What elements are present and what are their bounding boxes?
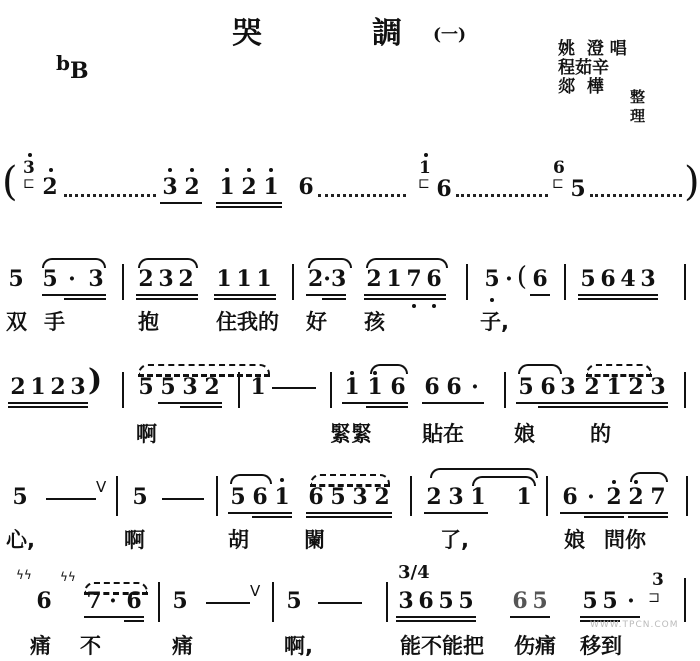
underline	[216, 202, 282, 204]
tremolo-mark: ϟϟ	[16, 568, 32, 582]
note: 1	[256, 268, 272, 290]
note: 3	[162, 176, 178, 198]
lyric: 孩	[364, 306, 385, 336]
underline	[214, 294, 276, 296]
note: 5	[532, 590, 548, 612]
sustain-dash	[318, 602, 362, 604]
note: 1	[344, 376, 360, 398]
note: 1	[263, 176, 279, 198]
lyric: 伤痛	[514, 630, 556, 660]
underline	[160, 202, 202, 204]
lyric: 能不能把	[400, 630, 484, 660]
underline	[136, 298, 198, 300]
note: 5	[12, 486, 28, 508]
note: 3	[352, 486, 368, 508]
note: 6	[540, 376, 556, 398]
note: 6	[418, 590, 434, 612]
note: 7	[406, 268, 422, 290]
high-dot	[190, 168, 194, 172]
note: 5	[138, 376, 154, 398]
underline	[366, 406, 408, 408]
underline	[510, 616, 550, 618]
bar-line	[122, 372, 124, 408]
bar-line	[158, 582, 160, 622]
sustain-dash	[46, 498, 96, 500]
underline	[8, 402, 88, 404]
hold-dots	[590, 194, 682, 197]
note: 6	[532, 268, 548, 290]
underline	[322, 298, 346, 300]
note-dot: ·	[502, 268, 516, 290]
note: 3	[560, 376, 576, 398]
grace-hook: ⊏	[23, 176, 35, 192]
note: 3	[70, 376, 86, 398]
lyric: 貼在	[422, 418, 464, 448]
underline	[422, 402, 484, 404]
note: 5	[42, 268, 58, 290]
underline	[64, 298, 106, 300]
note: 2	[10, 376, 26, 398]
note: 5	[582, 590, 598, 612]
note: 3	[448, 486, 464, 508]
grace-note: 1	[419, 158, 431, 178]
note: 6	[446, 376, 462, 398]
underline	[306, 512, 392, 514]
note: 6	[436, 178, 452, 200]
credits: 姚 澄 唱 程茹辛 郯 樺 整理	[558, 40, 627, 97]
lyric: 住我的	[216, 306, 279, 336]
note: ·	[64, 268, 80, 290]
low-dot	[432, 304, 436, 308]
lyric: 闌	[304, 524, 325, 554]
high-dot	[280, 478, 284, 482]
staff-line-5: ϟϟ ϟϟ 6 7 · 6 5 V 5 3/4 3 6 5 5 6 5 5 5 …	[0, 568, 700, 661]
bar-line	[122, 264, 124, 300]
underline	[538, 406, 668, 408]
bar-line	[292, 264, 294, 300]
underline	[124, 620, 144, 622]
underline	[628, 516, 668, 518]
note: 5	[172, 590, 188, 612]
staff-line-2: 5 5 · 3 2 3 2 1 1 1 2·3 2 1 7 6 5 · ( 6 …	[0, 258, 700, 328]
underline	[42, 294, 106, 296]
note: 5	[286, 590, 302, 612]
lyric: 啊,	[284, 630, 313, 660]
note: 1	[216, 268, 232, 290]
note: 2	[184, 176, 200, 198]
bar-line	[686, 476, 688, 516]
grace-note: 3	[652, 570, 664, 590]
note: 7	[650, 486, 666, 508]
underline	[396, 616, 476, 618]
title-char-2: 調	[372, 8, 402, 52]
lyric: 抱	[138, 306, 159, 336]
note: 2	[204, 376, 220, 398]
note: 2	[628, 376, 644, 398]
underline	[530, 294, 550, 296]
note: 6	[512, 590, 528, 612]
high-dot	[225, 168, 229, 172]
note: 2	[138, 268, 154, 290]
bar-line	[684, 372, 686, 408]
bar-line	[410, 476, 412, 516]
note: 5	[580, 268, 596, 290]
note: 2	[366, 268, 382, 290]
note: 1	[386, 268, 402, 290]
arranger-role: 整理	[630, 88, 645, 126]
high-dot	[49, 168, 53, 172]
note: 2	[584, 376, 600, 398]
note: 6	[424, 376, 440, 398]
note: 7	[86, 590, 102, 612]
staff-line-1: ( 3 ⊏ 2 3 2 1 2 1 6 1 ⊏ 6 6 ⊏ 5 )	[0, 150, 700, 220]
sustain-dash	[272, 387, 316, 389]
note: 5	[160, 376, 176, 398]
note: 2	[50, 376, 66, 398]
lyric: 痛	[172, 630, 193, 660]
lyric: 娘	[564, 524, 585, 554]
lyric: 不	[80, 630, 101, 660]
note: 3	[640, 268, 656, 290]
note: 2	[628, 486, 644, 508]
note: 2	[178, 268, 194, 290]
underline	[180, 406, 222, 408]
key-letter: B	[70, 58, 89, 84]
underline	[424, 512, 488, 514]
bar-line	[238, 372, 240, 408]
note: 6	[390, 376, 406, 398]
lyric: 的	[590, 418, 611, 448]
note: 5	[8, 268, 24, 290]
note: 6	[600, 268, 616, 290]
lyric: 胡	[228, 524, 249, 554]
note: 1	[30, 376, 46, 398]
lyric: 緊緊	[330, 418, 372, 448]
bar-line	[466, 264, 468, 300]
note: 2·3	[308, 268, 344, 290]
bar-line	[564, 264, 566, 300]
hold-dots	[318, 194, 406, 197]
underline	[342, 402, 408, 404]
note-dot: ·	[624, 590, 638, 612]
underline	[306, 294, 346, 296]
underline	[516, 402, 668, 404]
bar-line	[386, 582, 388, 622]
note: 1	[250, 376, 266, 398]
underline	[158, 402, 222, 404]
watermark: WWW.TPCN.COM	[590, 620, 678, 630]
underline	[578, 298, 658, 300]
underline	[578, 294, 658, 296]
note: 2	[606, 486, 622, 508]
lyric: 手	[44, 306, 65, 336]
staff-line-3: 2 1 2 3 ) 5 5 3 2 1 1 1 6 6 6 · 5 6 3 2 …	[0, 366, 700, 436]
note: 1	[236, 268, 252, 290]
note: 2	[241, 176, 257, 198]
bar-line	[216, 476, 218, 516]
title-suffix: (一)	[433, 20, 466, 45]
note: 3	[650, 376, 666, 398]
sustain-dash	[162, 498, 204, 500]
underline	[136, 294, 198, 296]
note: 6	[252, 486, 268, 508]
breath-mark: V	[250, 582, 260, 600]
close-paren: )	[684, 162, 700, 202]
underline	[560, 512, 668, 514]
underline	[396, 620, 476, 622]
note: 6	[308, 486, 324, 508]
slur	[230, 474, 272, 484]
note: 6	[36, 590, 52, 612]
breath-mark: V	[96, 478, 106, 496]
underline	[364, 294, 446, 296]
grace-hook: ⊐	[648, 590, 660, 606]
note: 3	[398, 590, 414, 612]
note: 5	[230, 486, 246, 508]
bar-line	[684, 578, 686, 622]
hold-dots	[64, 194, 156, 197]
note: 5	[518, 376, 534, 398]
bar-line	[684, 264, 686, 300]
lyric: 啊	[136, 418, 157, 448]
grace-hook: ⊏	[418, 176, 430, 192]
high-dot	[269, 168, 273, 172]
tremolo-mark: ϟϟ	[60, 570, 76, 584]
open-paren: (	[2, 162, 18, 202]
lyric: 移到	[580, 630, 622, 660]
note: 5	[602, 590, 618, 612]
note-dot: ·	[468, 376, 482, 398]
title-char-1: 哭	[232, 8, 262, 52]
open-paren: (	[516, 266, 528, 288]
underline	[8, 406, 88, 408]
high-dot	[247, 168, 251, 172]
note: 6	[298, 176, 314, 198]
bar-line	[116, 476, 118, 516]
note: 5	[330, 486, 346, 508]
note: 5	[438, 590, 454, 612]
high-dot	[168, 168, 172, 172]
flat-sign: b	[56, 51, 70, 75]
singer-name: 姚 澄	[558, 39, 604, 59]
note-dot: ·	[106, 590, 120, 612]
staff-line-4: 5 V 5 5 6 1 6 5 3 2 2 3 1 1 6 · 2 2 7 心,…	[0, 476, 700, 546]
lyric: 双	[6, 306, 27, 336]
note: 5	[458, 590, 474, 612]
note: 6	[562, 486, 578, 508]
note: 2	[42, 176, 58, 198]
bar-line	[504, 372, 506, 408]
arranger-1: 程茹辛	[558, 59, 627, 78]
note: 3	[88, 268, 104, 290]
note: 1	[470, 486, 486, 508]
note: 5	[132, 486, 148, 508]
arranger-2: 郯 樺	[558, 78, 627, 97]
grace-note: 3	[23, 158, 35, 178]
bar-line	[546, 476, 548, 516]
grace-hook: ⊏	[552, 176, 564, 192]
close-paren: )	[88, 370, 102, 392]
underline	[306, 516, 392, 518]
note: 5	[484, 268, 500, 290]
key-signature: bB	[56, 58, 89, 84]
singer-role: 唱	[610, 39, 627, 59]
lyric: 心,	[6, 524, 35, 554]
bar-line	[330, 372, 332, 408]
note: 1	[274, 486, 290, 508]
lyric: 了,	[440, 524, 469, 554]
high-dot	[28, 153, 32, 157]
underline	[216, 206, 282, 208]
sustain-dash	[206, 602, 250, 604]
lyric: 好	[306, 306, 327, 336]
underline	[252, 516, 292, 518]
note: 1	[516, 486, 532, 508]
underline	[84, 616, 144, 618]
note-dot: ·	[584, 486, 598, 508]
grace-note: 6	[553, 158, 565, 178]
underline	[580, 616, 640, 618]
bar-line	[272, 582, 274, 622]
note: 1	[606, 376, 622, 398]
note: 3	[182, 376, 198, 398]
time-signature: 3/4	[398, 562, 430, 583]
low-dot	[490, 298, 494, 302]
lyric: 娘	[514, 418, 535, 448]
note: 3	[158, 268, 174, 290]
note: 2	[426, 486, 442, 508]
hold-dots	[456, 194, 548, 197]
lyric: 子,	[480, 306, 509, 336]
lyric: 問你	[604, 524, 646, 554]
note: 1	[367, 376, 383, 398]
underline	[228, 512, 292, 514]
note: 2	[374, 486, 390, 508]
underline	[584, 516, 624, 518]
note: 6	[426, 268, 442, 290]
slur	[518, 364, 562, 374]
low-dot	[412, 304, 416, 308]
note: 1	[219, 176, 235, 198]
note: 6	[126, 590, 142, 612]
underline	[214, 298, 276, 300]
underline	[364, 298, 446, 300]
note: 5	[570, 178, 586, 200]
lyric: 痛	[30, 630, 51, 660]
note: 4	[620, 268, 636, 290]
lyric: 啊	[124, 524, 145, 554]
high-dot	[424, 153, 428, 157]
